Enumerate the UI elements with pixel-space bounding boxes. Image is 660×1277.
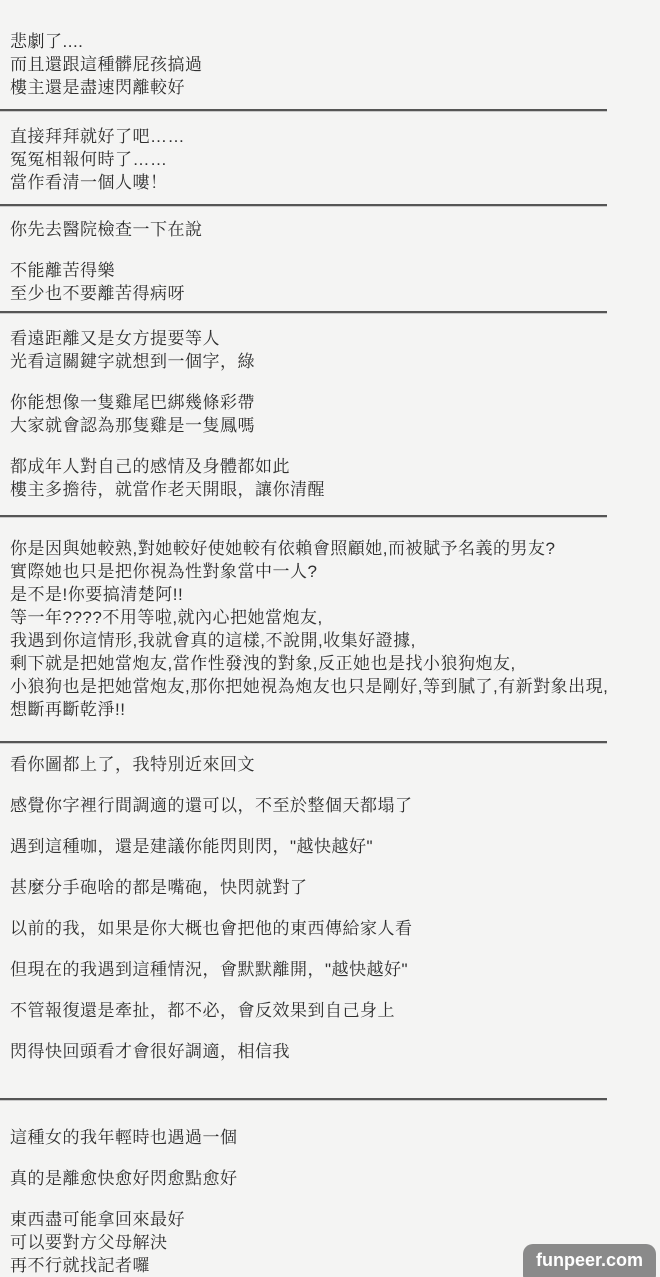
comment-line: 真的是離愈快愈好閃愈點愈好 — [10, 1167, 650, 1190]
comment-line: 以前的我，如果是你大概也會把他的東西傳給家人看 — [10, 917, 650, 940]
comment-line: 直接拜拜就好了吧…… — [10, 125, 650, 148]
comment-line: 小狼狗也是把她當炮友,那你把她視為炮友也只是剛好,等到膩了,有新對象出現, — [10, 675, 650, 698]
comment-line: 這種女的我年輕時也遇過一個 — [10, 1126, 650, 1149]
comment-line: 悲劇了.... — [10, 30, 650, 53]
comment: 看你圖都上了，我特別近來回文感覺你字裡行間調適的還可以，不至於整個天都塌了遇到這… — [0, 743, 660, 1098]
comment-line: 而且還跟這種髒屁孩搞過 — [10, 53, 650, 76]
comment-line: 冤冤相報何時了…… — [10, 148, 650, 171]
comment-line — [10, 241, 650, 259]
comment-line: 感覺你字裡行間調適的還可以，不至於整個天都塌了 — [10, 794, 650, 817]
comment-line: 你是因與她較熟,對她較好使她較有依賴會照顧她,而被賦予名義的男友? — [10, 537, 650, 560]
comment-line: 至少也不要離苦得病呀 — [10, 282, 650, 305]
comment-line: 當作看清一個人嘍！ — [10, 171, 650, 194]
comment-line: 樓主還是盡速閃離較好 — [10, 76, 650, 99]
comment-line: 不能離苦得樂 — [10, 259, 650, 282]
comment-line: 大家就會認為那隻雞是一隻鳳嗎 — [10, 414, 650, 437]
comment: 看遠距離又是女方提要等人光看這關鍵字就想到一個字，綠你能想像一隻雞尾巴綁幾條彩帶… — [0, 313, 660, 515]
comment: 你是因與她較熟,對她較好使她較有依賴會照顧她,而被賦予名義的男友?實際她也只是把… — [0, 517, 660, 741]
comment-line: 想斷再斷乾淨!! — [10, 698, 650, 721]
comment-line: 不管報復還是牽扯，都不必，會反效果到自己身上 — [10, 999, 650, 1022]
comment-line: 等一年????不用等啦,就內心把她當炮友, — [10, 606, 650, 629]
comment-line: 是不是!你要搞清楚阿!! — [10, 583, 650, 606]
funpeer-watermark: funpeer.com — [523, 1244, 656, 1277]
comment-line — [10, 776, 650, 794]
comment: 悲劇了....而且還跟這種髒屁孩搞過樓主還是盡速閃離較好 — [0, 0, 660, 109]
comment-line: 看你圖都上了，我特別近來回文 — [10, 753, 650, 776]
comment-line: 你先去醫院檢查一下在說 — [10, 218, 650, 241]
comment-line — [10, 817, 650, 835]
comment: 直接拜拜就好了吧……冤冤相報何時了……當作看清一個人嘍！ — [0, 111, 660, 204]
comment-line — [10, 1190, 650, 1208]
comment-line: 光看這關鍵字就想到一個字，綠 — [10, 350, 650, 373]
comment-line — [10, 940, 650, 958]
comment-line: 閃得快回頭看才會很好調適，相信我 — [10, 1040, 650, 1063]
comment-line: 剩下就是把她當炮友,當作性發洩的對象,反正她也是找小狼狗炮友, — [10, 652, 650, 675]
comment-line: 遇到這種咖，還是建議你能閃則閃，"越快越好" — [10, 835, 650, 858]
comment-line: 看遠距離又是女方提要等人 — [10, 327, 650, 350]
comment-line — [10, 858, 650, 876]
comment-line — [10, 1022, 650, 1040]
comment-line: 實際她也只是把你視為性對象當中一人? — [10, 560, 650, 583]
comment-line — [10, 1149, 650, 1167]
comment-line: 你能想像一隻雞尾巴綁幾條彩帶 — [10, 391, 650, 414]
comment-line: 但現在的我遇到這種情況，會默默離開，"越快越好" — [10, 958, 650, 981]
comment-line: 都成年人對自己的感情及身體都如此 — [10, 455, 650, 478]
forum-comments-page: 悲劇了....而且還跟這種髒屁孩搞過樓主還是盡速閃離較好直接拜拜就好了吧……冤冤… — [0, 0, 660, 1277]
comment-line — [10, 899, 650, 917]
comment-list: 悲劇了....而且還跟這種髒屁孩搞過樓主還是盡速閃離較好直接拜拜就好了吧……冤冤… — [0, 0, 660, 1277]
comment-line: 東西盡可能拿回來最好 — [10, 1208, 650, 1231]
comment-line — [10, 981, 650, 999]
comment-line: 甚麼分手砲啥的都是嘴砲，快閃就對了 — [10, 876, 650, 899]
comment-line — [10, 373, 650, 391]
comment-line: 我遇到你這情形,我就會真的這樣,不說開,收集好證據, — [10, 629, 650, 652]
comment-line: 樓主多擔待，就當作老天開眼，讓你清醒 — [10, 478, 650, 501]
comment: 你先去醫院檢查一下在說不能離苦得樂至少也不要離苦得病呀 — [0, 206, 660, 311]
comment-line — [10, 437, 650, 455]
